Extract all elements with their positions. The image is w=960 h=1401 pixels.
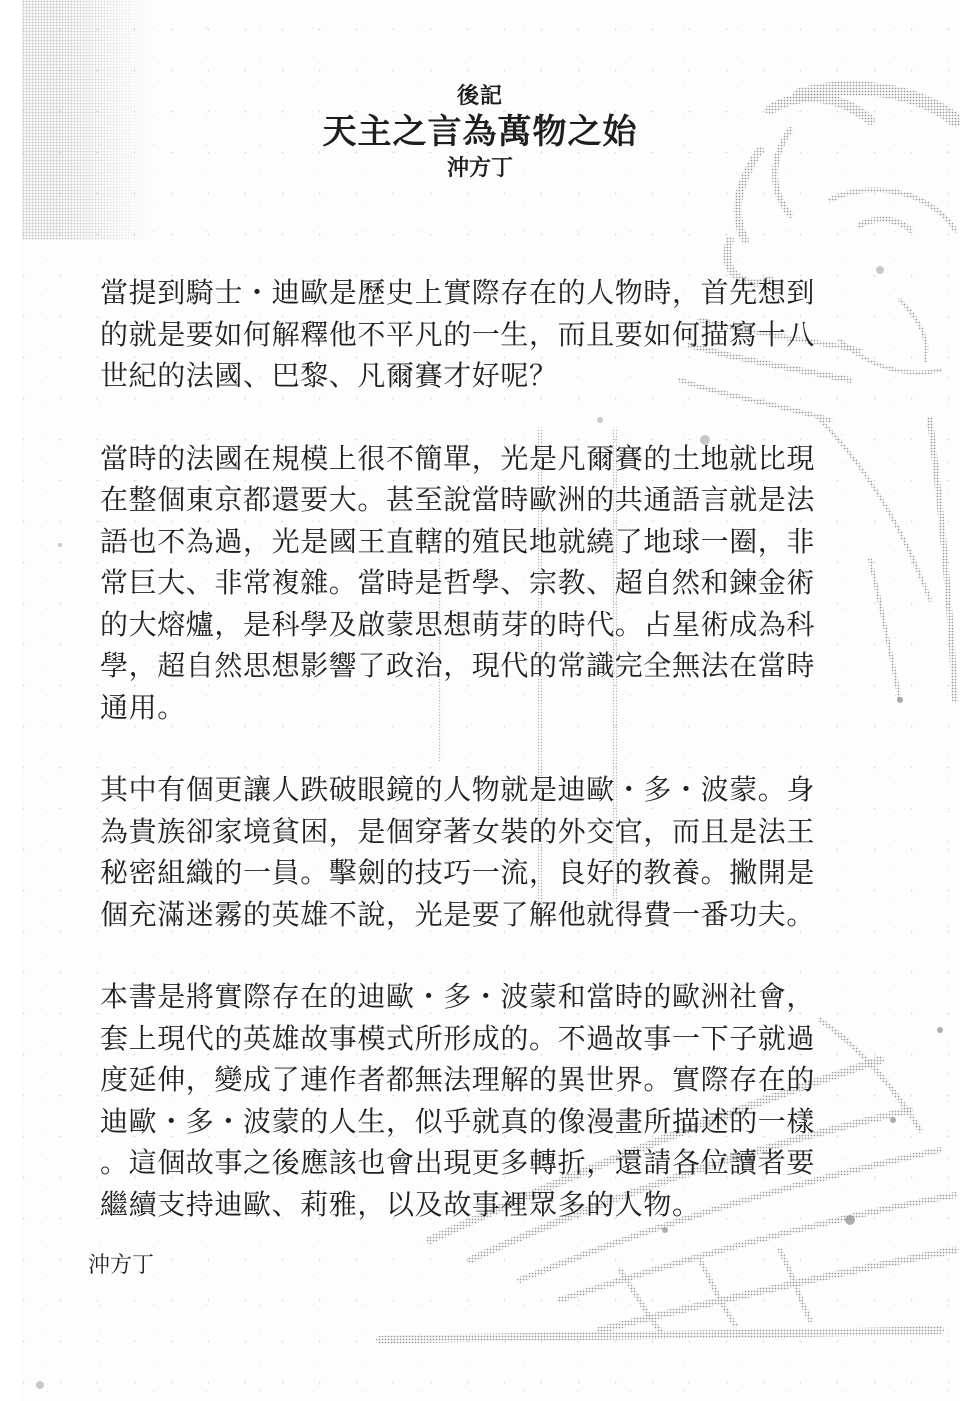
text-line: 當提到騎士・迪歐是歷史上實際存在的人物時，首先想到 <box>100 272 860 314</box>
text-line: 語也不為過，光是國王直轄的殖民地就繞了地球一圈，非 <box>100 521 860 563</box>
text-line: 秘密組織的一員。擊劍的技巧一流，良好的教養。撇開是 <box>100 852 860 894</box>
text-line: 的就是要如何解釋他不平凡的一生，而且要如何描寫十八 <box>100 314 860 356</box>
afterword-header: 後記 天主之言為萬物之始 沖方丁 <box>0 82 960 184</box>
text-line: 的大熔爐，是科學及啟蒙思想萌芽的時代。占星術成為科 <box>100 604 860 646</box>
signature: 沖方丁 <box>88 1252 154 1280</box>
text-line: 當時的法國在規模上很不簡單，光是凡爾賽的土地就比現 <box>100 438 860 480</box>
text-line: 迪歐・多・波蒙的人生，似乎就真的像漫畫所描述的一樣 <box>100 1101 860 1143</box>
section-label: 後記 <box>0 82 960 112</box>
afterword-body: 當提到騎士・迪歐是歷史上實際存在的人物時，首先想到 的就是要如何解釋他不平凡的一… <box>100 272 860 1266</box>
author-name: 沖方丁 <box>0 154 960 184</box>
text-line: 其中有個更讓人跌破眼鏡的人物就是迪歐・多・波蒙。身 <box>100 769 860 811</box>
text-line: 繼續支持迪歐、莉雅，以及故事裡眾多的人物。 <box>100 1184 860 1226</box>
text-line: 度延伸，變成了連作者都無法理解的異世界。實際存在的 <box>100 1059 860 1101</box>
text-line: 世紀的法國、巴黎、凡爾賽才好呢？ <box>100 355 860 397</box>
afterword-page: 後記 天主之言為萬物之始 沖方丁 當提到騎士・迪歐是歷史上實際存在的人物時，首先… <box>0 0 960 1401</box>
text-line: 套上現代的英雄故事模式所形成的。不過故事一下子就過 <box>100 1018 860 1060</box>
paragraph-3: 其中有個更讓人跌破眼鏡的人物就是迪歐・多・波蒙。身 為貴族卻家境貧困，是個穿著女… <box>100 769 860 935</box>
page-margin <box>0 0 22 1401</box>
text-line: 為貴族卻家境貧困，是個穿著女裝的外交官，而且是法王 <box>100 811 860 853</box>
text-line: 常巨大、非常複雜。當時是哲學、宗教、超自然和鍊金術 <box>100 562 860 604</box>
text-line: 。這個故事之後應該也會出現更多轉折，還請各位讀者要 <box>100 1142 860 1184</box>
paragraph-2: 當時的法國在規模上很不簡單，光是凡爾賽的土地就比現 在整個東京都還要大。甚至說當… <box>100 438 860 729</box>
text-line: 在整個東京都還要大。甚至說當時歐洲的共通語言就是法 <box>100 479 860 521</box>
page-title: 天主之言為萬物之始 <box>0 112 960 152</box>
text-line: 通用。 <box>100 687 860 729</box>
text-line: 本書是將實際存在的迪歐・多・波蒙和當時的歐洲社會， <box>100 976 860 1018</box>
paragraph-1: 當提到騎士・迪歐是歷史上實際存在的人物時，首先想到 的就是要如何解釋他不平凡的一… <box>100 272 860 397</box>
text-line: 個充滿迷霧的英雄不說，光是要了解他就得費一番功夫。 <box>100 894 860 936</box>
paragraph-4: 本書是將實際存在的迪歐・多・波蒙和當時的歐洲社會， 套上現代的英雄故事模式所形成… <box>100 976 860 1225</box>
text-line: 學，超自然思想影響了政治，現代的常識完全無法在當時 <box>100 645 860 687</box>
